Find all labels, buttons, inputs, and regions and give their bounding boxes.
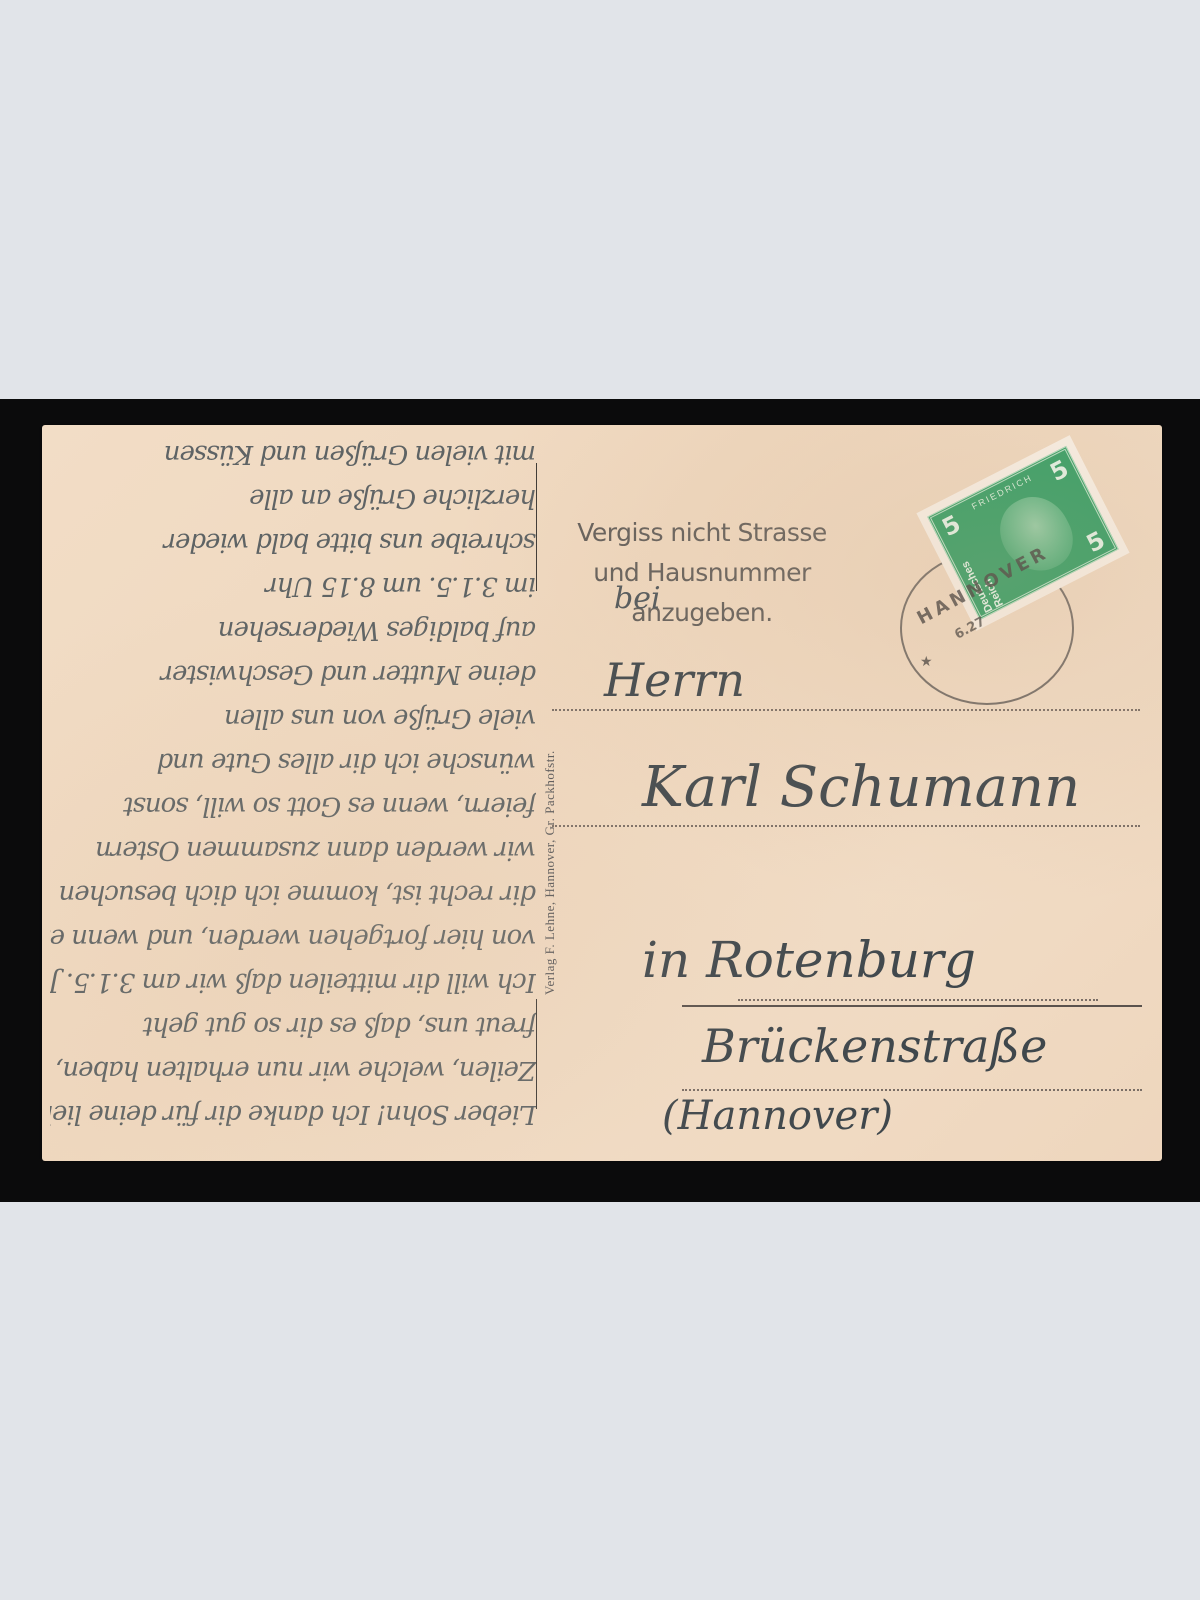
address-underline — [682, 1005, 1142, 1007]
address-place: in Rotenburg — [642, 931, 976, 989]
address-line — [682, 1089, 1142, 1091]
address-line — [738, 999, 1098, 1001]
message-line: auf baldiges Wiedersehen — [50, 605, 536, 645]
message-line: viele Grüße von uns allen — [50, 693, 536, 733]
postcard: mit vielen Grüßen und Küssen herzliche G… — [42, 425, 1162, 1161]
publisher-imprint: Verlag F. Lehne, Hannover, Gr. Packhofst… — [542, 595, 560, 995]
message-line: Zeilen, welche wir nun erhalten haben, e… — [50, 1045, 536, 1085]
address-street: Brückenstraße — [702, 1019, 1047, 1073]
postcard-photo: mit vielen Grüßen und Küssen herzliche G… — [0, 399, 1200, 1202]
message-line: Ich will dir mitteilen daß wir am 3.1.5.… — [50, 957, 536, 997]
star-icon: ★ — [920, 653, 933, 670]
divider-line — [536, 999, 537, 1109]
divider-line — [536, 463, 537, 591]
message-line: wünsche ich dir alles Gute und — [50, 737, 536, 777]
message-line: feiern, wenn es Gott so will, sonst — [50, 781, 536, 821]
message-line: im 3.1.5. um 8.15 Uhr — [50, 561, 536, 601]
address-salutation: Herrn — [604, 653, 745, 707]
slogan-line-1: Vergiss nicht Strasse — [542, 513, 862, 553]
message-line: mit vielen Grüßen und Küssen — [50, 429, 536, 469]
message-line: Lieber Sohn! Ich danke dir für deine lie… — [50, 1089, 536, 1129]
address-line — [552, 709, 1140, 711]
message-line: schreibe uns bitte bald wieder — [50, 517, 536, 557]
cancel-slogan: Vergiss nicht Strasse und Hausnummer anz… — [542, 513, 862, 633]
message-line: von hier fortgehen werden, und wenn es — [50, 913, 536, 953]
message-line: deine Mutter und Geschwister — [50, 649, 536, 689]
stamp-value: 5 — [1082, 526, 1110, 559]
message-line: dir recht ist, komme ich dich besuchen — [50, 869, 536, 909]
message-line: freut uns, daß es dir so gut geht — [50, 1001, 536, 1041]
address-line — [552, 825, 1140, 827]
slogan-line-2: und Hausnummer — [542, 553, 862, 593]
margin-mark: bei — [614, 581, 661, 616]
message-line: wir werden dann zusammen Ostern — [50, 825, 536, 865]
address-name: Karl Schumann — [642, 755, 1080, 820]
message-line: herzliche Grüße an alle — [50, 473, 536, 513]
handwritten-message: mit vielen Grüßen und Küssen herzliche G… — [50, 429, 536, 1149]
slogan-line-3: anzugeben. — [542, 593, 862, 633]
address-region: (Hannover) — [662, 1093, 893, 1139]
